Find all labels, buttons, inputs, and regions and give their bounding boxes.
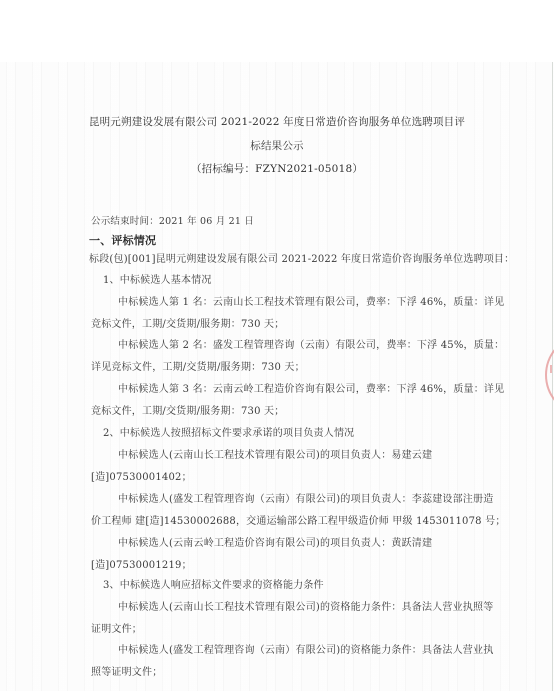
candidate-1-line2: 竞标文件，工期/交货期/服务期：730 天； — [91, 319, 284, 331]
section-heading-evaluation: 一、评标情况 — [89, 235, 156, 247]
seal-mark — [550, 365, 552, 373]
document-title-line2: 标结果公示 — [0, 140, 554, 152]
candidate-3-line2: 竞标文件，工期/交货期/服务期：730 天； — [91, 406, 284, 418]
project-leader-3-line1: 中标候选人(云南云岭工程造价咨询有限公司)的项目负责人：黄跃清建 — [118, 538, 432, 550]
lot-description: 标段(包)[001]昆明元朔建设发展有限公司 2021-2022 年度日常造价咨… — [89, 254, 514, 266]
subheading-project-leaders: 2、中标候选人按照招标文件要求承诺的项目负责人情况 — [103, 428, 354, 440]
document-title-line1: 昆明元朔建设发展有限公司 2021-2022 年度日常造价咨询服务单位选聘项目评 — [0, 116, 554, 128]
qualification-1-line2: 证明文件； — [91, 624, 142, 636]
project-leader-1-line2: [造]07530001402； — [91, 472, 192, 484]
subheading-qualifications: 3、中标候选人响应招标文件要求的资格能力条件 — [103, 580, 324, 592]
candidate-2-line1: 中标候选人第 2 名：盛发工程管理咨询（云南）有限公司，费率：下浮 45%，质量… — [118, 340, 504, 352]
candidate-2-line2: 详见竞标文件，工期/交货期/服务期：730 天； — [91, 362, 305, 374]
qualification-2-line1: 中标候选人(盛发工程管理咨询（云南）有限公司)的资格能力条件：具备法人营业执 — [118, 645, 493, 657]
project-leader-2-line1: 中标候选人(盛发工程管理咨询（云南）有限公司)的项目负责人：李蕊建设部注册造 — [118, 494, 493, 506]
project-leader-2-line2: 价工程师 建[造]14530002688，交通运输部公路工程甲级造价师 甲级 1… — [91, 516, 506, 528]
qualification-2-line2: 照等证明文件； — [91, 667, 162, 679]
candidate-1-line1: 中标候选人第 1 名：云南山长工程技术管理有限公司，费率：下浮 46%，质量：详… — [118, 297, 504, 309]
candidate-3-line1: 中标候选人第 3 名：云南云岭工程造价咨询有限公司，费率：下浮 46%，质量：详… — [118, 384, 504, 396]
scan-background — [0, 62, 554, 691]
project-leader-1-line1: 中标候选人(云南山长工程技术管理有限公司)的项目负责人：易建云建 — [118, 450, 432, 462]
subheading-candidate-basics: 1、中标候选人基本情况 — [103, 275, 212, 287]
project-leader-3-line2: [造]07530001219； — [91, 560, 192, 572]
bid-number: （招标编号：FZYN2021-05018） — [0, 163, 554, 175]
publication-end-date: 公示结束时间：2021 年 06 月 21 日 — [91, 216, 254, 228]
qualification-1-line1: 中标候选人(云南山长工程技术管理有限公司)的资格能力条件：具备法人营业执照等 — [118, 602, 493, 614]
